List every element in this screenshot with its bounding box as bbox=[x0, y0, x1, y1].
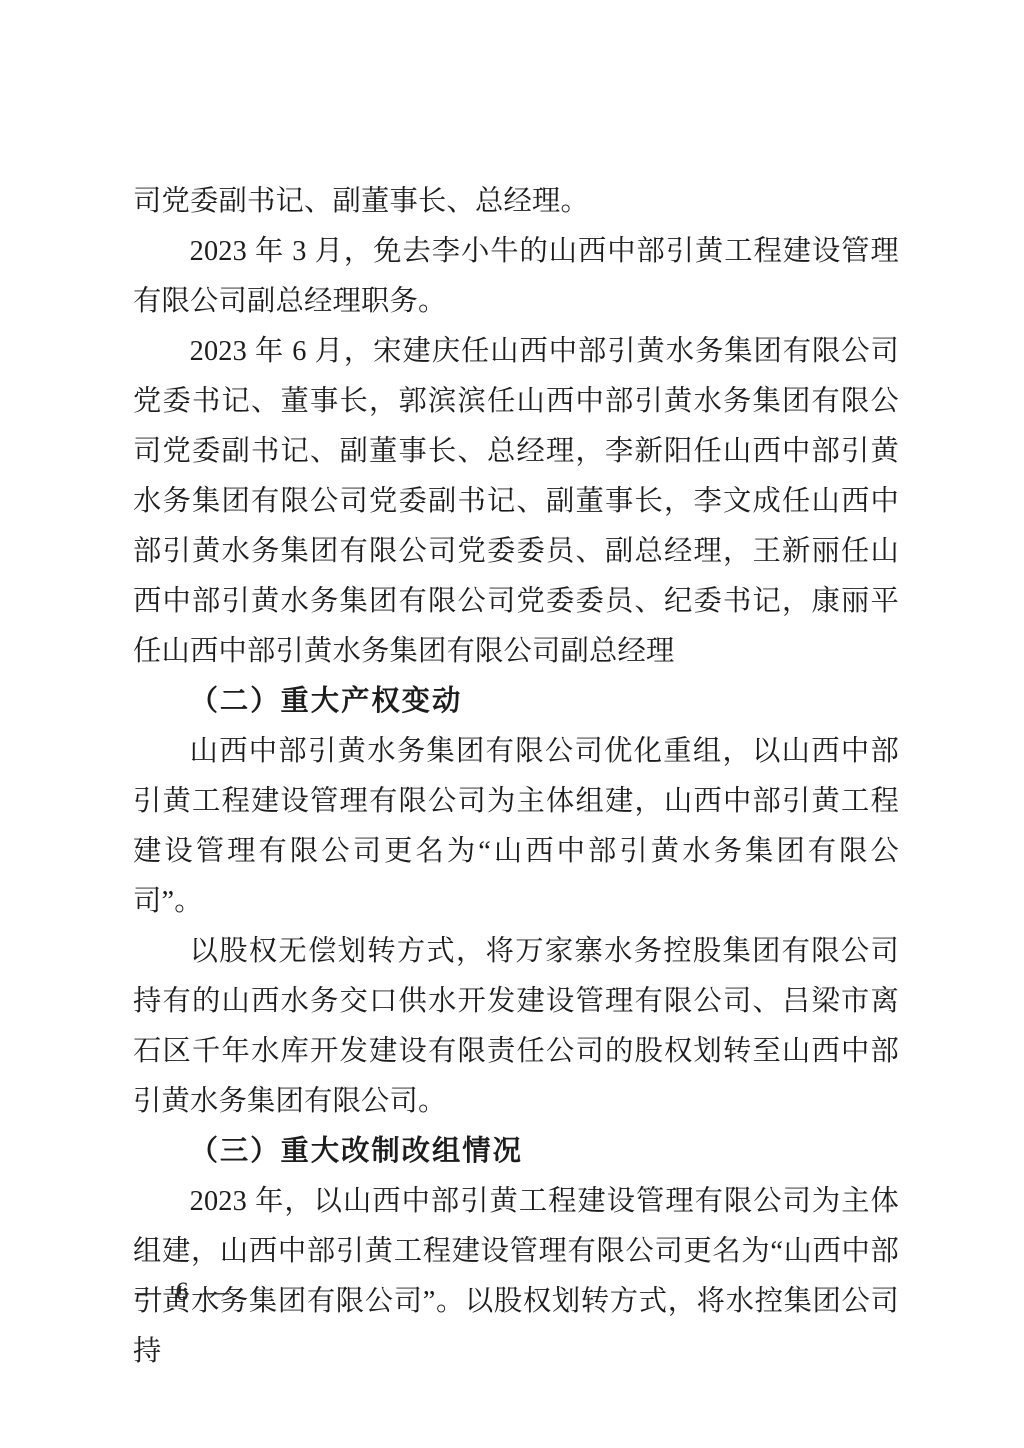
paragraph: 2023 年 3 月，免去李小牛的山西中部引黄工程建设管理有限公司副总经理职务。 bbox=[133, 227, 899, 327]
document-body: 司党委副书记、副董事长、总经理。 2023 年 3 月，免去李小牛的山西中部引黄… bbox=[133, 177, 899, 1377]
page-number: — 6 — bbox=[135, 1275, 233, 1309]
paragraph: 2023 年 6 月，宋建庆任山西中部引黄水务集团有限公司党委书记、董事长，郭滨… bbox=[133, 327, 899, 677]
paragraph: 山西中部引黄水务集团有限公司优化重组，以山西中部引黄工程建设管理有限公司为主体组… bbox=[133, 727, 899, 927]
section-heading-3: （三）重大改制改组情况 bbox=[133, 1127, 899, 1177]
paragraph: 2023 年，以山西中部引黄工程建设管理有限公司为主体组建，山西中部引黄工程建设… bbox=[133, 1177, 899, 1377]
paragraph-continuation: 司党委副书记、副董事长、总经理。 bbox=[133, 177, 899, 227]
section-heading-2: （二）重大产权变动 bbox=[133, 677, 899, 727]
paragraph: 以股权无偿划转方式，将万家寨水务控股集团有限公司持有的山西水务交口供水开发建设管… bbox=[133, 927, 899, 1127]
document-page: 司党委副书记、副董事长、总经理。 2023 年 3 月，免去李小牛的山西中部引黄… bbox=[0, 0, 1024, 1448]
